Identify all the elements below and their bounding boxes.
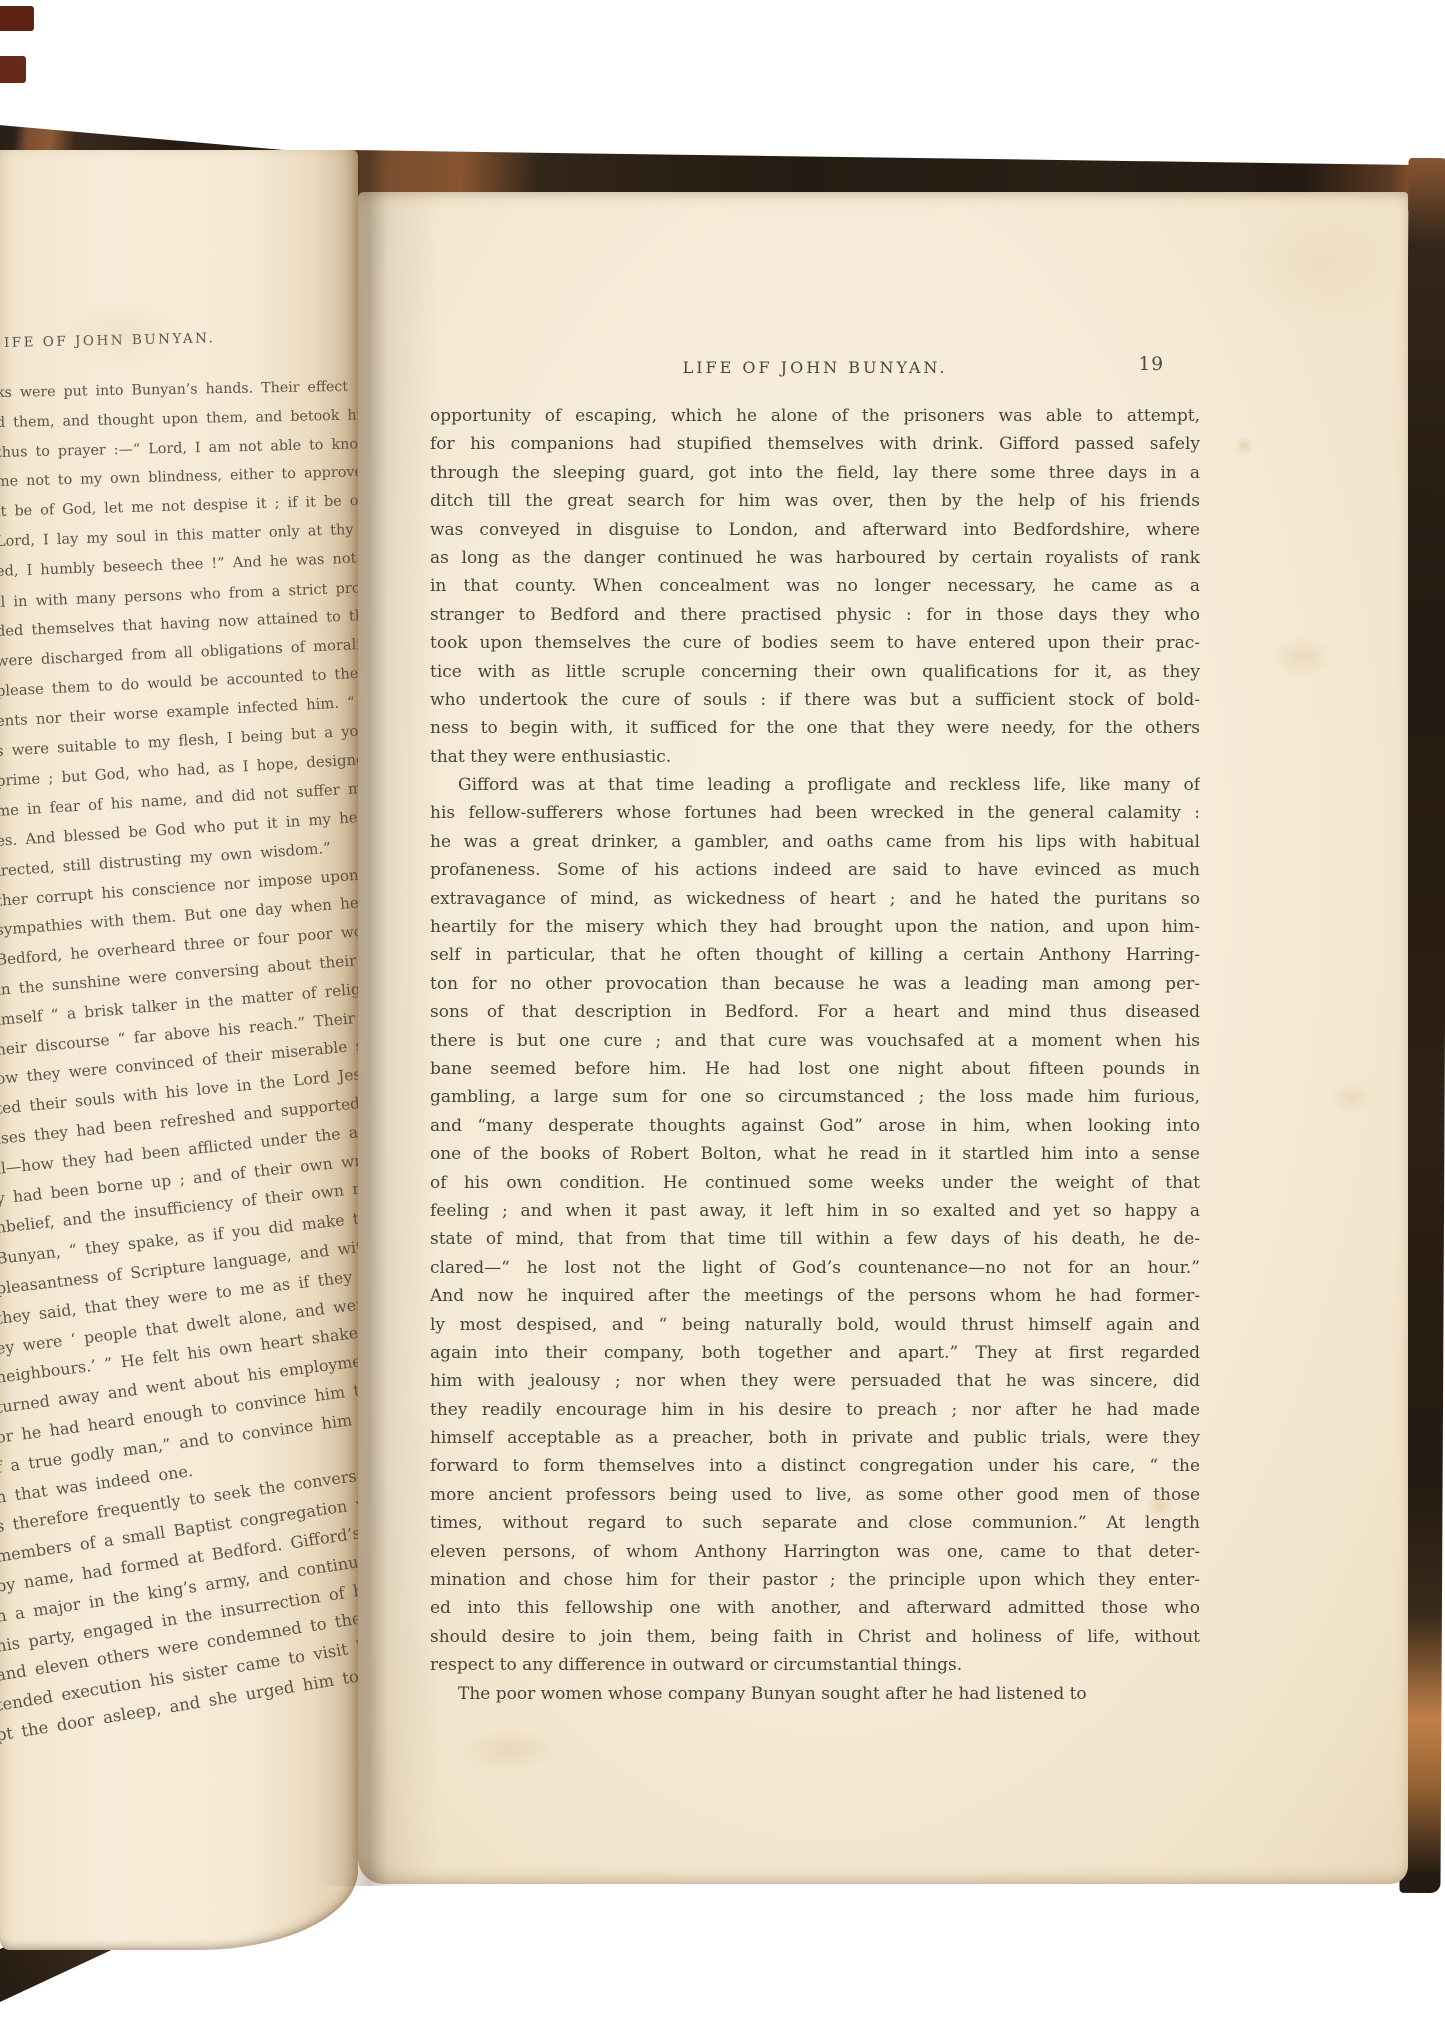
text-line: and “many desperate thoughts against God… xyxy=(430,1112,1200,1140)
text-line: ness to begin with, it sufficed for the … xyxy=(430,714,1200,742)
text-line: ll in with many persons who from a stric… xyxy=(0,578,358,611)
text-line: state of mind, that from that time till … xyxy=(430,1225,1200,1253)
page-number: 19 xyxy=(430,354,1164,375)
text-line: ton for no other provocation than becaus… xyxy=(430,970,1200,998)
text-line: respect to any difference in outward or … xyxy=(430,1651,1200,1679)
text-line: who undertook the cure of souls : if the… xyxy=(430,686,1200,714)
text-line: stranger to Bedford and there practised … xyxy=(430,601,1200,629)
text-line: in that county. When concealment was no … xyxy=(430,572,1200,600)
text-line: ditch till the great search for him was … xyxy=(430,487,1200,515)
text-line: Gifford was at that time leading a profl… xyxy=(430,771,1200,799)
book-photo: IFE OF JOHN BUNYAN. ks were put into Bun… xyxy=(0,0,1445,2023)
text-line: thus to prayer :—“ Lord, I am not able t… xyxy=(0,436,358,461)
text-line: through the sleeping guard, got into the… xyxy=(430,459,1200,487)
text-line: feeling ; and when it past away, it left… xyxy=(430,1197,1200,1225)
text-line: it be of God, let me not despise it ; if… xyxy=(0,492,358,520)
text-line: ks were put into Bunyan’s hands. Their e… xyxy=(0,379,348,401)
foxing-spot xyxy=(1234,438,1254,454)
text-line: please them to do would be accounted to … xyxy=(0,663,358,700)
text-line: ded themselves that having now attained … xyxy=(0,607,358,640)
text-line: clared—“ he lost not the light of God’s … xyxy=(430,1254,1200,1282)
text-line: eleven persons, of whom Anthony Harringt… xyxy=(430,1538,1200,1566)
text-line: opportunity of escaping, which he alone … xyxy=(430,402,1200,430)
text-line: ly most despised, and “ being naturally … xyxy=(430,1311,1200,1339)
text-line: his fellow-sufferers whose fortunes had … xyxy=(430,799,1200,827)
photo-artifact xyxy=(0,56,26,83)
text-line: one of the books of Robert Bolton, what … xyxy=(430,1140,1200,1168)
text-line: himself acceptable as a preacher, both i… xyxy=(430,1424,1200,1452)
left-page: IFE OF JOHN BUNYAN. ks were put into Bun… xyxy=(0,150,358,1950)
text-line: him with jealousy ; nor when they were p… xyxy=(430,1367,1200,1395)
text-line: bane seemed before him. He had lost one … xyxy=(430,1055,1200,1083)
left-page-header: IFE OF JOHN BUNYAN. xyxy=(4,330,216,351)
text-line: gambling, a large sum for one so circums… xyxy=(430,1083,1200,1111)
text-line: was conveyed in disguise to London, and … xyxy=(430,516,1200,544)
text-line: mination and chose him for their pastor … xyxy=(430,1566,1200,1594)
right-page: LIFE OF JOHN BUNYAN. 19 opportunity of e… xyxy=(358,192,1408,1884)
text-line: should desire to join them, being faith … xyxy=(430,1623,1200,1651)
text-line: ents nor their worse example infected hi… xyxy=(0,692,358,730)
text-line: Lord, I lay my soul in this matter only … xyxy=(0,522,354,550)
text-line: forward to form themselves into a distin… xyxy=(430,1452,1200,1480)
text-line: again into their company, both together … xyxy=(430,1339,1200,1367)
text-line: d them, and thought upon them, and betoo… xyxy=(0,407,358,431)
text-line: for his companions had stupified themsel… xyxy=(430,430,1200,458)
photo-artifact xyxy=(0,6,34,31)
text-line: that they were enthusiastic. xyxy=(430,743,1200,771)
text-line: sons of that description in Bedford. For… xyxy=(430,998,1200,1026)
text-line: tice with as little scruple concerning t… xyxy=(430,658,1200,686)
text-line: And now he inquired after the meetings o… xyxy=(430,1282,1200,1310)
text-line: The poor women whose company Bunyan soug… xyxy=(430,1680,1200,1708)
text-line: times, without regard to such separate a… xyxy=(430,1509,1200,1537)
text-line: took upon themselves the cure of bodies … xyxy=(430,629,1200,657)
text-line: were discharged from all obligations of … xyxy=(0,635,358,670)
text-line: more ancient professors being used to li… xyxy=(430,1481,1200,1509)
text-line: ed into this fellowship one with another… xyxy=(430,1594,1200,1622)
text-line: he was a great drinker, a gambler, and o… xyxy=(430,828,1200,856)
text-line: there is but one cure ; and that cure wa… xyxy=(430,1027,1200,1055)
text-line: of his own condition. He continued some … xyxy=(430,1169,1200,1197)
text-line: heartily for the misery which they had b… xyxy=(430,913,1200,941)
text-line: me not to my own blindness, either to ap… xyxy=(0,464,358,491)
text-line: ed, I humbly beseech thee !” And he was … xyxy=(0,551,357,580)
text-line: self in particular, that he often though… xyxy=(430,941,1200,969)
text-line: profaneness. Some of his actions indeed … xyxy=(430,856,1200,884)
right-page-text: opportunity of escaping, which he alone … xyxy=(430,402,1200,1708)
text-line: as long as the danger continued he was h… xyxy=(430,544,1200,572)
text-line: they readily encourage him in his desire… xyxy=(430,1396,1200,1424)
text-line: extravagance of mind, as wickedness of h… xyxy=(430,885,1200,913)
